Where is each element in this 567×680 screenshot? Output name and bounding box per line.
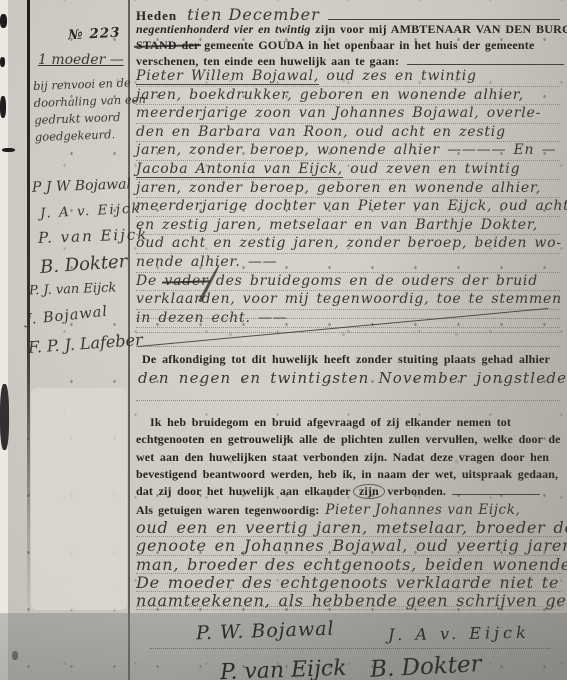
body-text: oud zeven en twintig bbox=[343, 161, 520, 177]
struck-printed-word: STAND der bbox=[136, 38, 199, 52]
announcement-date: den negen en twintigsten November jongst… bbox=[138, 369, 567, 387]
ruled-line bbox=[328, 5, 560, 20]
paper-highlight bbox=[31, 388, 127, 610]
body-line: Pieter Willem Bojawal, oud zes en twinti… bbox=[136, 68, 560, 87]
declaration-line: wet aan den huwelijken staat verbonden z… bbox=[136, 449, 562, 466]
body-line: jaren, zonder beroep, wonende alhier ———… bbox=[136, 142, 560, 161]
body-line: Jacoba Antonia van Eijck, oud zeven en t… bbox=[136, 161, 560, 180]
year-text: negentienhonderd vier en twintig bbox=[136, 22, 311, 36]
bride-name: Jacoba Antonia van Eijck, bbox=[136, 161, 343, 178]
signature-mother-bride: B. Dokter bbox=[369, 651, 482, 680]
signature-ruled-line bbox=[150, 648, 550, 649]
blank-ruled-line bbox=[136, 606, 560, 607]
margin-signature: P. van Eijck bbox=[38, 225, 149, 247]
body-text: nende alhier. —— bbox=[136, 254, 277, 270]
ink-blot bbox=[2, 148, 15, 152]
body-line: jaren, zonder beroep, geboren en wonende… bbox=[136, 180, 560, 199]
ink-blot bbox=[0, 96, 6, 118]
approval-line: goedgekeurd. bbox=[35, 125, 148, 146]
body-line: den en Barbara van Roon, oud acht en zes… bbox=[136, 124, 560, 143]
body-text: jaren, boekdrukker, geboren en wonende a… bbox=[136, 87, 524, 103]
declaration-line: bevestigend beantwoord werden, heb ik, i… bbox=[136, 466, 562, 483]
signature-father-bride: P. van Eijck bbox=[220, 656, 347, 680]
declaration-text: verbonden. bbox=[382, 484, 446, 498]
consent-line: De vader des bruidegoms en de ouders der… bbox=[136, 273, 560, 292]
blank-ruled-line bbox=[136, 400, 560, 401]
body-text: jaren, zonder beroep, geboren en wonende… bbox=[136, 180, 541, 196]
witnesses-printed-lead: Als getuigen waren tegenwoordig: bbox=[136, 502, 319, 519]
header-line-1: negentienhonderd vier en twintig zijn vo… bbox=[136, 22, 564, 38]
witness-text: naamteekenen, als hebbende geen schrijve… bbox=[136, 591, 567, 610]
blank-ruled-line bbox=[136, 318, 560, 319]
act-number: № 223 bbox=[68, 25, 121, 44]
witness-line: oud een en veertig jaren, metselaar, bro… bbox=[136, 519, 562, 537]
registrar-text: zijn voor mij AMBTENAAR VAN DEN BURGERLI… bbox=[315, 22, 567, 36]
header-line-2: STAND der gemeente GOUDA in het openbaar… bbox=[136, 38, 564, 54]
body-text: oud acht en zestig jaren, zonder beroep,… bbox=[136, 235, 562, 251]
body-line: en zestig jaren, metselaar en van Barthj… bbox=[136, 217, 560, 236]
witness-text: man, broeder des echtgenoots, beiden won… bbox=[136, 555, 567, 574]
declaration-line: echtgenooten en getrouwelijk alle de pli… bbox=[136, 431, 562, 448]
witnesses-lead-row: Als getuigen waren tegenwoordig: Pieter … bbox=[136, 502, 562, 519]
witness-line: genoote en Johannes Bojawal, oud veertig… bbox=[136, 537, 562, 555]
body-text: en zestig jaren, metselaar en van Barthj… bbox=[136, 217, 538, 233]
witnesses-section: Als getuigen waren tegenwoordig: Pieter … bbox=[136, 502, 562, 610]
circled-word: zijn bbox=[353, 484, 385, 499]
margin-signature: P. J. van Eijck bbox=[29, 280, 117, 298]
body-text: meerderjarige dochter van Pieter van Eij… bbox=[136, 198, 567, 214]
witness-text: oud een en veertig jaren, metselaar, bro… bbox=[136, 518, 567, 537]
margin-correction-note: 1 moeder — bbox=[38, 52, 124, 68]
witness-line: man, broeder des echtgenoots, beiden won… bbox=[136, 556, 562, 574]
declaration-line: dat zij door het huwelijk aan elkander z… bbox=[136, 483, 562, 500]
body-text: meerderjarige zoon van Johannes Bojawal,… bbox=[136, 105, 541, 121]
blank-ruled-line bbox=[136, 332, 560, 333]
body-text: den en Barbara van Roon, oud acht en zes… bbox=[136, 124, 506, 140]
header-line-3: verschenen, ten einde een huwelijk aan t… bbox=[136, 53, 564, 69]
margin-signature-groom: P J W Bojawal bbox=[32, 176, 131, 195]
ink-blot bbox=[0, 384, 9, 450]
declaration-text: dat zij door het huwelijk aan elkander bbox=[136, 484, 356, 498]
margin-signature-registrar: F. P. J. Lafeber bbox=[27, 330, 143, 357]
groom-name: Pieter Willem Bojawal, bbox=[136, 68, 319, 85]
declaration-line: Ik heb bruidegom en bruid afgevraagd of … bbox=[136, 414, 562, 431]
announcement-handwritten-row: den negen en twintigsten November jongst… bbox=[138, 368, 562, 387]
margin-approval-note: bij renvooi en de doorhaling van een ged… bbox=[33, 74, 147, 146]
marriage-record-scan: № 223 1 moeder — bij renvooi en de doorh… bbox=[0, 0, 567, 680]
ink-blot bbox=[0, 14, 7, 28]
verschenen-text: verschenen, ten einde een huwelijk aan t… bbox=[136, 54, 399, 70]
body-line: meerderjarige dochter van Pieter van Eij… bbox=[136, 198, 560, 217]
handwritten-body: Pieter Willem Bojawal, oud zes en twinti… bbox=[136, 68, 560, 328]
consent-text: De bbox=[136, 273, 164, 289]
ink-blot bbox=[0, 57, 5, 67]
ruled-line bbox=[452, 487, 540, 495]
declaration-paragraph: Ik heb bruidegom en bruid afgevraagd of … bbox=[136, 414, 562, 500]
witness-line: naamteekenen, als hebbende geen schrijve… bbox=[136, 592, 562, 610]
body-line: jaren, boekdrukker, geboren en wonende a… bbox=[136, 87, 560, 106]
body-line: meerderjarige zoon van Johannes Bojawal,… bbox=[136, 105, 560, 124]
body-text: oud zes en twintig bbox=[319, 68, 477, 84]
witness-name: Pieter Johannes van Eijck, bbox=[325, 502, 520, 519]
margin-signature: B. Dokter bbox=[39, 251, 128, 278]
ruled-line bbox=[407, 53, 564, 65]
witness-text: genoote en Johannes Bojawal, oud veertig… bbox=[136, 536, 567, 555]
struck-word: vader bbox=[164, 273, 208, 289]
witness-line: De moeder des echtgenoots verklaarde nie… bbox=[136, 574, 562, 592]
blank-ruled-line bbox=[136, 346, 560, 347]
consent-text: des bruidegoms en de ouders der bruid bbox=[209, 273, 538, 289]
body-line: oud acht en zestig jaren, zonder beroep,… bbox=[136, 235, 560, 254]
margin-signature: J. Bojawal bbox=[25, 304, 108, 328]
body-text: jaren, zonder beroep, wonende alhier ———… bbox=[136, 142, 556, 158]
body-line: nende alhier. —— bbox=[136, 254, 560, 273]
gemeente-text: gemeente GOUDA in het openbaar in het hu… bbox=[204, 38, 534, 52]
header-printed-text: negentienhonderd vier en twintig zijn vo… bbox=[136, 22, 564, 69]
announcement-printed: De afkondiging tot dit huwelijk heeft zo… bbox=[142, 352, 562, 367]
margin-signature-bride: J. A v. Eijck bbox=[40, 200, 142, 221]
signature-bride: J. A v. Eijck bbox=[388, 623, 530, 644]
witness-text: De moeder des echtgenoots verklaarde nie… bbox=[136, 573, 567, 592]
